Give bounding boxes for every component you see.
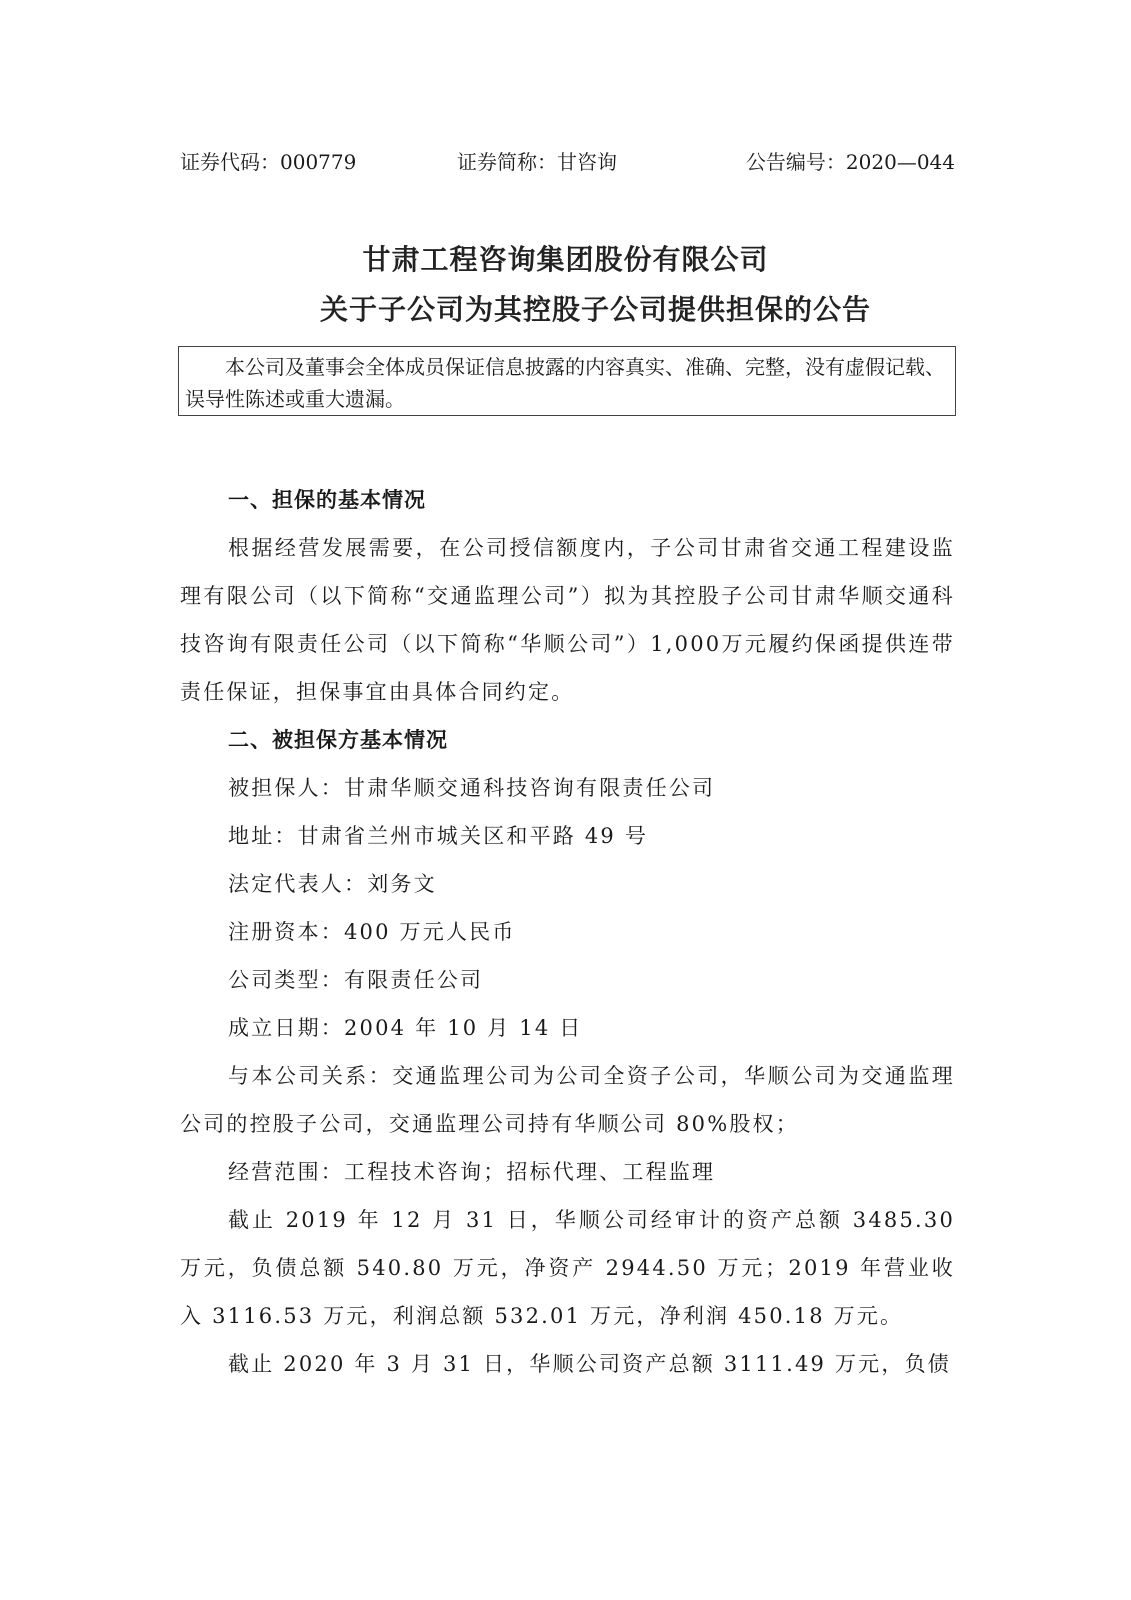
disclaimer-box: 本公司及董事会全体成员保证信息披露的内容真实、准确、完整，没有虚假记载、误导性陈… — [178, 346, 956, 416]
paragraph: 根据经营发展需要，在公司授信额度内，子公司甘肃省交通工程建设监理有限公司（以下简… — [180, 524, 955, 716]
document-title-subject: 关于子公司为其控股子公司提供担保的公告 — [30, 288, 1131, 328]
section-heading-guaranteed-party: 二、被担保方基本情况 — [180, 716, 955, 764]
announcement-number: 公告编号：2020—044 — [746, 146, 955, 175]
paragraph-guaranteed-party: 被担保人：甘肃华顺交通科技咨询有限责任公司 — [180, 764, 955, 812]
document-header: 证券代码：000779 证券简称：甘咨询 公告编号：2020—044 — [180, 146, 955, 180]
paragraph-relationship: 与本公司关系：交通监理公司为公司全资子公司，华顺公司为交通监理公司的控股子公司，… — [180, 1052, 955, 1148]
paragraph-financials-2019: 截止 2019 年 12 月 31 日，华顺公司经审计的资产总额 3485.30… — [180, 1196, 955, 1340]
document-title-company: 甘肃工程咨询集团股份有限公司 — [0, 238, 1131, 278]
paragraph-company-type: 公司类型：有限责任公司 — [180, 956, 955, 1004]
section-heading-guarantee: 一、担保的基本情况 — [180, 476, 955, 524]
paragraph-business-scope: 经营范围：工程技术咨询；招标代理、工程监理 — [180, 1148, 955, 1196]
disclaimer-text: 本公司及董事会全体成员保证信息披露的内容真实、准确、完整，没有虚假记载、误导性陈… — [185, 351, 955, 415]
paragraph-legal-rep: 法定代表人：刘务文 — [180, 860, 955, 908]
paragraph-address: 地址：甘肃省兰州市城关区和平路 49 号 — [180, 812, 955, 860]
security-name: 证券简称：甘咨询 — [457, 146, 617, 175]
paragraph-financials-2020q1: 截止 2020 年 3 月 31 日，华顺公司资产总额 3111.49 万元，负… — [180, 1340, 955, 1388]
paragraph-established-date: 成立日期：2004 年 10 月 14 日 — [180, 1004, 955, 1052]
security-code: 证券代码：000779 — [180, 146, 356, 175]
paragraph-registered-capital: 注册资本：400 万元人民币 — [180, 908, 955, 956]
document-body: 一、担保的基本情况 根据经营发展需要，在公司授信额度内，子公司甘肃省交通工程建设… — [180, 476, 955, 1388]
